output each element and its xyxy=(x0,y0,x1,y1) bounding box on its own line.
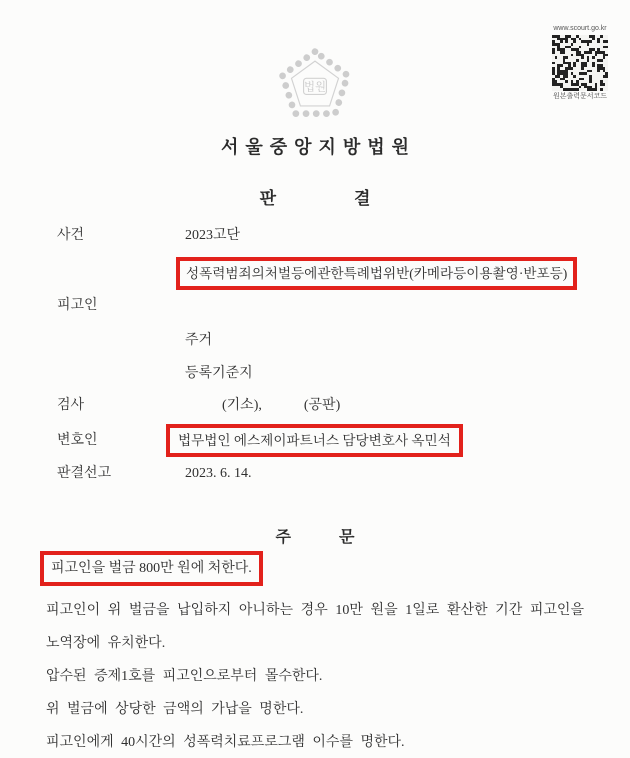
verification-caption: 원본출력문서코드 xyxy=(544,92,616,101)
order-paragraphs: 피고인이 위 벌금을 납입하지 아니하는 경우 10만 원을 1일로 환산한 기… xyxy=(46,594,584,758)
document-title: 판결 xyxy=(0,184,630,209)
defense-counsel-highlight-box: 법무법인 에스제이파트너스 담당변호사 옥민석 xyxy=(166,424,463,457)
order-section-title: 주문 xyxy=(0,524,630,547)
prosecutor-value: (기소),(공판) xyxy=(185,396,340,416)
sentencing-date-value: 2023. 6. 14. xyxy=(185,464,252,484)
fine-highlight-box: 피고인을 벌금 800만 원에 처한다. xyxy=(40,551,263,586)
field-row-defendant: 피고인 xyxy=(57,296,185,316)
defendant-label: 피고인 xyxy=(57,296,127,316)
sentencing-date-label: 판결선고 xyxy=(57,464,127,484)
verification-block: www.scourt.go.kr 원본출력문서코드 xyxy=(544,24,616,101)
court-seal-icon: 법원 xyxy=(265,44,365,129)
court-name-title: 서울중앙지방법원 xyxy=(0,133,630,159)
order-paragraph: 압수된 증제1호를 피고인으로부터 몰수한다. xyxy=(46,660,584,693)
case-label: 사건 xyxy=(57,226,127,246)
prosecutor-label: 검사 xyxy=(57,396,127,416)
order-paragraph: 피고인이 위 벌금을 납입하지 아니하는 경우 10만 원을 1일로 환산한 기… xyxy=(46,594,584,660)
prosecutor-trial: (공판) xyxy=(304,396,340,416)
field-row-case: 사건 2023고단 xyxy=(57,226,240,246)
defense-counsel-label: 변호인 xyxy=(57,424,127,457)
registered-address-label: 등록기준지 xyxy=(185,364,253,384)
residence-label: 주거 xyxy=(185,331,212,351)
charge-highlight-box: 성폭력범죄의처벌등에관한특례법위반(카메라등이용촬영·반포등) xyxy=(176,257,577,290)
judgment-document-page: www.scourt.go.kr 원본출력문서코드 법원 서울중앙지방법원 판결… xyxy=(0,0,630,758)
seal-text: 법원 xyxy=(304,80,326,94)
field-row-prosecutor: 검사 (기소),(공판) xyxy=(57,396,340,416)
case-number: 2023고단 xyxy=(185,226,240,246)
field-row-defense-counsel: 변호인 법무법인 에스제이파트너스 담당변호사 옥민석 xyxy=(57,424,463,457)
verification-url: www.scourt.go.kr xyxy=(544,24,616,33)
verification-barcode-icon xyxy=(552,35,608,91)
prosecutor-indictment: (기소), xyxy=(222,396,262,416)
order-paragraph: 피고인에게 40시간의 성폭력치료프로그램 이수를 명한다. xyxy=(46,726,584,758)
field-row-sentencing-date: 판결선고 2023. 6. 14. xyxy=(57,464,252,484)
order-paragraph: 위 벌금에 상당한 금액의 가납을 명한다. xyxy=(46,693,584,726)
